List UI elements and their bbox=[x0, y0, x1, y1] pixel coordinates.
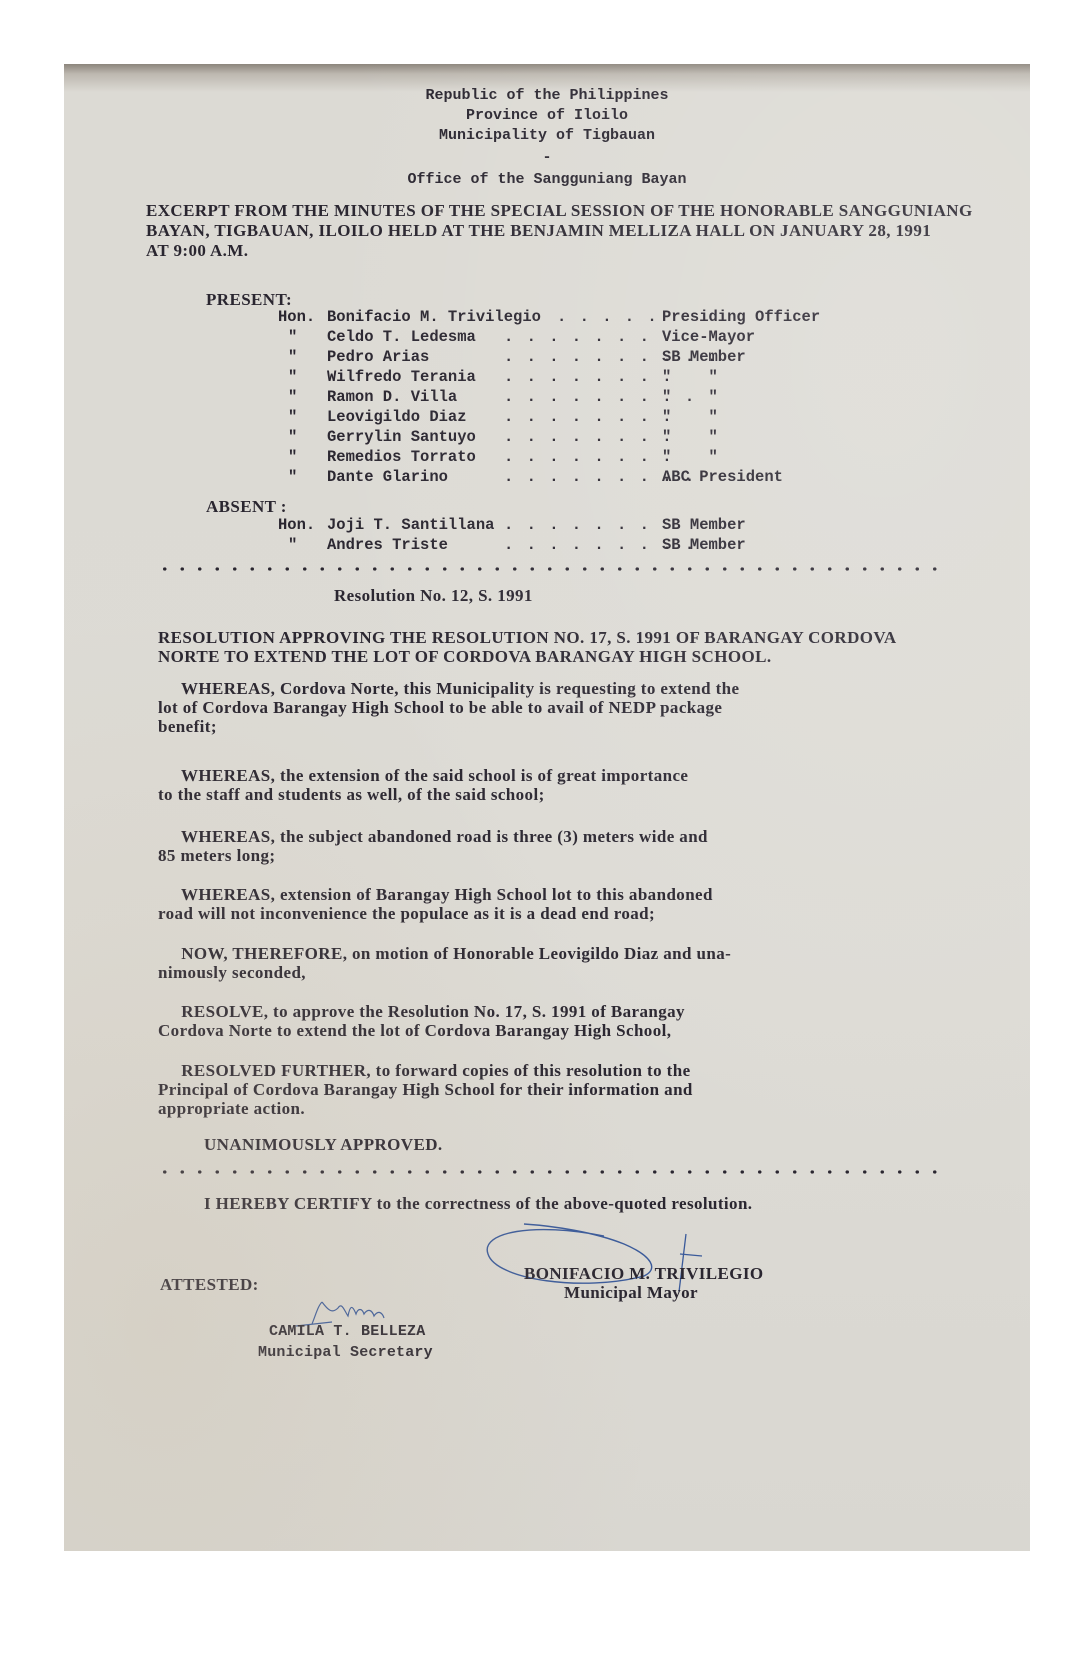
body-paragraph-line: benefit; bbox=[158, 716, 217, 737]
member-role: " " bbox=[662, 447, 718, 468]
member-role: SB Member bbox=[662, 515, 746, 536]
leader-dots: . . . . . bbox=[557, 307, 659, 328]
member-prefix: " bbox=[288, 427, 297, 448]
member-role: " " bbox=[662, 407, 718, 428]
leader-dots: . . . . . . . . bbox=[504, 427, 674, 448]
roster-row: "Gerrylin Santuyo. . . . . . . ." " bbox=[64, 427, 1030, 448]
secretary-title: Municipal Secretary bbox=[258, 1342, 433, 1363]
member-role: " " bbox=[662, 427, 718, 448]
body-paragraph-line: WHEREAS, Cordova Norte, this Municipalit… bbox=[158, 678, 740, 699]
leader-dots: . . . . . . . . bbox=[504, 407, 674, 428]
member-prefix: " bbox=[288, 387, 297, 408]
member-name: Ramon D. Villa bbox=[327, 387, 457, 408]
body-paragraph-line: to the staff and students as well, of th… bbox=[158, 784, 545, 805]
member-name: Leovigildo Diaz bbox=[327, 407, 467, 428]
member-prefix: " bbox=[288, 447, 297, 468]
body-paragraph-line: Cordova Norte to extend the lot of Cordo… bbox=[158, 1020, 671, 1041]
member-prefix: " bbox=[288, 367, 297, 388]
excerpt-line: AT 9:00 A.M. bbox=[146, 240, 248, 261]
body-paragraph-line: Principal of Cordova Barangay High Schoo… bbox=[158, 1079, 693, 1100]
mayor-title: Municipal Mayor bbox=[564, 1282, 698, 1303]
divider-dotted bbox=[156, 567, 938, 571]
member-name: Remedios Torrato bbox=[327, 447, 476, 468]
roster-row: Hon.Bonifacio M. Trivilegio. . . . .Pres… bbox=[64, 307, 1030, 328]
roster-row: "Pedro Arias. . . . . . . . . .SB Member bbox=[64, 347, 1030, 368]
roster-row: "Remedios Torrato. . . . . . . ." " bbox=[64, 447, 1030, 468]
member-prefix: Hon. bbox=[278, 307, 315, 328]
roster-row: Hon.Joji T. Santillana. . . . . . .SB Me… bbox=[64, 515, 1030, 536]
roster-row: "Leovigildo Diaz. . . . . . . ." " bbox=[64, 407, 1030, 428]
approval-statement: UNANIMOUSLY APPROVED. bbox=[204, 1134, 443, 1155]
member-role: ABC President bbox=[662, 467, 783, 488]
letterhead-line: Municipality of Tigbauan bbox=[64, 126, 1030, 146]
office-title: Office of the Sangguniang Bayan bbox=[64, 170, 1030, 190]
mayor-name: BONIFACIO M. TRIVILEGIO bbox=[524, 1263, 764, 1284]
excerpt-line: BAYAN, TIGBAUAN, ILOILO HELD AT THE BENJ… bbox=[146, 220, 931, 241]
leader-dots: . . . . . . . . bbox=[504, 447, 674, 468]
letterhead-separator: - bbox=[64, 148, 1030, 168]
document-page: Republic of the Philippines Province of … bbox=[64, 64, 1030, 1551]
letterhead-line: Province of Iloilo bbox=[64, 106, 1030, 126]
letterhead: Republic of the Philippines Province of … bbox=[64, 86, 1030, 190]
member-name: Bonifacio M. Trivilegio bbox=[327, 307, 541, 328]
excerpt-line: EXCERPT FROM THE MINUTES OF THE SPECIAL … bbox=[146, 200, 973, 221]
member-role: Vice-Mayor bbox=[662, 327, 755, 348]
member-name: Pedro Arias bbox=[327, 347, 429, 368]
member-prefix: " bbox=[288, 467, 297, 488]
roster-row: "Dante Glarino. . . . . . . . .ABC Presi… bbox=[64, 467, 1030, 488]
resolution-title-line: NORTE TO EXTEND THE LOT OF CORDOVA BARAN… bbox=[158, 646, 771, 667]
leader-dots: . . . . . . . . bbox=[504, 327, 674, 348]
body-paragraph-line: RESOLVE, to approve the Resolution No. 1… bbox=[158, 1001, 685, 1022]
member-prefix: " bbox=[288, 347, 297, 368]
body-paragraph-line: WHEREAS, the subject abandoned road is t… bbox=[158, 826, 708, 847]
certification-statement: I HEREBY CERTIFY to the correctness of t… bbox=[204, 1193, 752, 1214]
body-paragraph-line: RESOLVED FURTHER, to forward copies of t… bbox=[158, 1060, 691, 1081]
roster-row: "Wilfredo Terania. . . . . . . ." " bbox=[64, 367, 1030, 388]
body-paragraph-line: road will not inconvenience the populace… bbox=[158, 903, 655, 924]
roster-row: "Andres Triste. . . . . . . . .SB Member bbox=[64, 535, 1030, 556]
member-prefix: " bbox=[288, 535, 297, 556]
divider-dotted bbox=[156, 1170, 938, 1174]
body-paragraph-line: 85 meters long; bbox=[158, 845, 275, 866]
body-paragraph-line: WHEREAS, the extension of the said schoo… bbox=[158, 765, 688, 786]
body-paragraph-line: NOW, THEREFORE, on motion of Honorable L… bbox=[158, 943, 731, 964]
member-name: Gerrylin Santuyo bbox=[327, 427, 476, 448]
body-paragraph-line: WHEREAS, extension of Barangay High Scho… bbox=[158, 884, 713, 905]
leader-dots: . . . . . . . bbox=[504, 515, 651, 536]
member-name: Wilfredo Terania bbox=[327, 367, 476, 388]
member-name: Dante Glarino bbox=[327, 467, 448, 488]
member-role: " " bbox=[662, 387, 718, 408]
resolution-title-line: RESOLUTION APPROVING THE RESOLUTION NO. … bbox=[158, 627, 897, 648]
roster-row: "Ramon D. Villa. . . . . . . . ." " bbox=[64, 387, 1030, 408]
secretary-name: CAMILA T. BELLEZA bbox=[269, 1321, 425, 1342]
body-paragraph-line: nimously seconded, bbox=[158, 962, 306, 983]
member-prefix: " bbox=[288, 407, 297, 428]
body-paragraph-line: appropriate action. bbox=[158, 1098, 305, 1119]
attested-label: ATTESTED: bbox=[160, 1274, 259, 1295]
member-role: Presiding Officer bbox=[662, 307, 820, 328]
member-name: Andres Triste bbox=[327, 535, 448, 556]
letterhead-line: Republic of the Philippines bbox=[64, 86, 1030, 106]
leader-dots: . . . . . . . . bbox=[504, 367, 674, 388]
member-name: Celdo T. Ledesma bbox=[327, 327, 476, 348]
resolution-number: Resolution No. 12, S. 1991 bbox=[334, 585, 533, 606]
roster-row: "Celdo T. Ledesma. . . . . . . .Vice-May… bbox=[64, 327, 1030, 348]
member-name: Joji T. Santillana bbox=[327, 515, 494, 536]
member-role: " " bbox=[662, 367, 718, 388]
absent-label: ABSENT : bbox=[206, 496, 287, 517]
member-prefix: " bbox=[288, 327, 297, 348]
member-prefix: Hon. bbox=[278, 515, 315, 536]
member-role: SB Member bbox=[662, 347, 746, 368]
body-paragraph-line: lot of Cordova Barangay High School to b… bbox=[158, 697, 722, 718]
member-role: SB Member bbox=[662, 535, 746, 556]
